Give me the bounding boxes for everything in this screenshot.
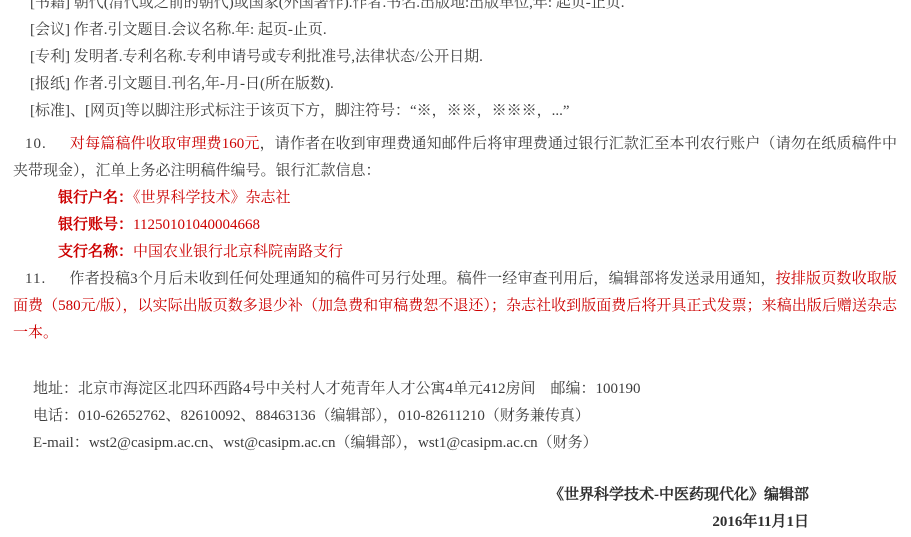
contact-email-line: E-mail：wst2@casipm.ac.cn、wst@casipm.ac.c… [33, 430, 897, 457]
citation-format-conference: [会议] 作者.引文题目.会议名称.年: 起页-止页. [30, 17, 897, 44]
signature-block: 《世界科学技术-中医药现代化》编辑部 2016年11月1日 [13, 482, 897, 536]
item-10-number: 10. [25, 136, 47, 152]
citation-format-standard-web: [标准]、[网页]等以脚注形式标注于该页下方，脚注符号：“※，※※，※※※，..… [30, 98, 897, 125]
item-11-body: 作者投稿3个月后未收到任何处理通知的稿件可另行处理。稿件一经审查刊用后，编辑部将… [69, 271, 775, 287]
citation-format-newspaper: [报纸] 作者.引文题目.刊名,年-月-日(所在版数). [30, 71, 897, 98]
citation-format-book: [书籍] 朝代(清代或之前的朝代)或国家(外国著作).作者.书名.出版地:出版单… [30, 0, 897, 17]
item-10-review-fee: 10.对每篇稿件收取审理费160元，请作者在收到审理费通知邮件后将审理费通过银行… [13, 131, 897, 185]
contact-address-line: 地址：北京市海淀区北四环西路4号中关村人才苑青年人才公寓4单元412房间 邮编：… [33, 376, 897, 403]
bank-account-name-label: 银行户名： [58, 190, 133, 206]
bank-branch-value: 中国农业银行北京科院南路支行 [133, 244, 343, 260]
bank-account-name-row: 银行户名：《世界科学技术》杂志社 [58, 185, 897, 212]
item-11-number: 11. [25, 271, 46, 287]
bank-account-name-value: 《世界科学技术》杂志社 [133, 190, 291, 206]
signature-department: 《世界科学技术-中医药现代化》编辑部 [13, 482, 809, 509]
bank-transfer-info: 银行户名：《世界科学技术》杂志社 银行账号：11250101040004668 … [58, 185, 897, 266]
document-page: [书籍] 朝代(清代或之前的朝代)或国家(外国著作).作者.书名.出版地:出版单… [0, 0, 911, 537]
bank-branch-row: 支行名称：中国农业银行北京科院南路支行 [58, 239, 897, 266]
contact-block: 地址：北京市海淀区北四环西路4号中关村人才苑青年人才公寓4单元412房间 邮编：… [33, 376, 897, 457]
signature-date: 2016年11月1日 [13, 509, 809, 536]
item-10-fee-highlight: 对每篇稿件收取审理费160元 [70, 136, 260, 152]
item-11-page-fee: 11.作者投稿3个月后未收到任何处理通知的稿件可另行处理。稿件一经审查刊用后，编… [13, 266, 897, 347]
contact-phone-line: 电话：010-62652762、82610092、88463136（编辑部），0… [33, 403, 897, 430]
bank-account-number-label: 银行账号： [58, 217, 133, 233]
bank-account-number-value: 11250101040004668 [133, 217, 260, 233]
bank-branch-label: 支行名称： [58, 244, 133, 260]
citation-format-patent: [专利] 发明者.专利名称.专利申请号或专利批准号,法律状态/公开日期. [30, 44, 897, 71]
bank-account-number-row: 银行账号：11250101040004668 [58, 212, 897, 239]
